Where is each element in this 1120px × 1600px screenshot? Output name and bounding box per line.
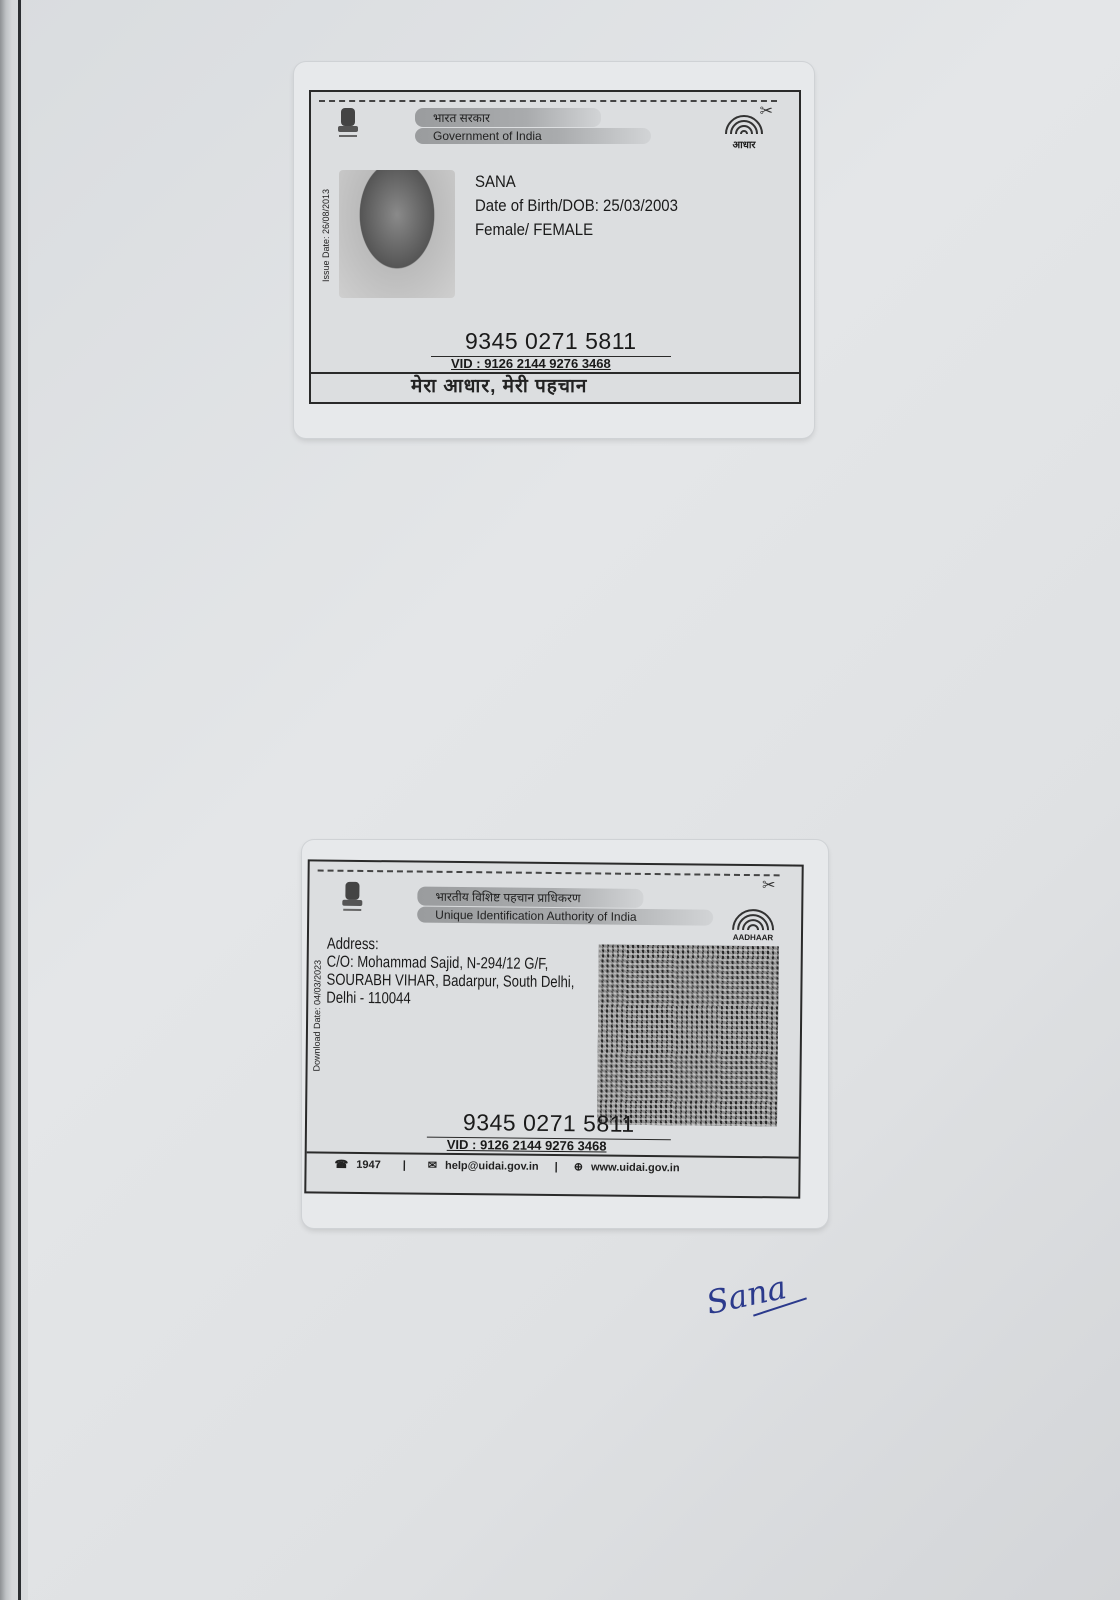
national-emblem-icon (335, 104, 361, 140)
issue-date: Issue Date: 26/08/2013 (321, 189, 331, 282)
aadhaar-number: 9345 0271 5811 (463, 1109, 635, 1138)
cut-line: ✂ (318, 870, 780, 877)
aadhaar-number: 9345 0271 5811 (465, 328, 637, 355)
helpline-number: 1947 (356, 1158, 381, 1170)
aadhaar-front-card: ✂ भारत सरकार Government of India आधार Is… (309, 90, 801, 404)
tagline: मेरा आधार, मेरी पहचान (411, 372, 587, 398)
help-email: help@uidai.gov.in (445, 1159, 539, 1172)
separator: | (403, 1159, 406, 1171)
handwritten-signature: Sana (703, 1268, 790, 1322)
separator: | (555, 1161, 558, 1173)
aadhaar-back-card: ✂ भारतीय विशिष्ट पहचान प्राधिकरण Unique … (304, 859, 803, 1198)
national-emblem-icon (339, 878, 365, 914)
qr-code (597, 944, 779, 1126)
globe-icon: ⊕ (574, 1160, 583, 1173)
holder-details: SANA Date of Birth/DOB: 25/03/2003 Femal… (475, 170, 678, 242)
header-hindi: भारतीय विशिष्ट पहचान प्राधिकरण (417, 887, 643, 908)
address-line: Delhi - 110044 (326, 990, 574, 1011)
vid-number: VID : 9126 2144 9276 3468 (451, 356, 611, 371)
holder-gender: Female/ FEMALE (475, 218, 678, 242)
vid-number: VID : 9126 2144 9276 3468 (447, 1137, 607, 1154)
holder-dob: Date of Birth/DOB: 25/03/2003 (475, 194, 678, 218)
paper-binding-edge (0, 0, 28, 1600)
cut-line: ✂ (319, 100, 777, 102)
aadhaar-logo-text: आधार (719, 137, 769, 151)
mail-icon: ✉ (428, 1159, 437, 1172)
aadhaar-logo-text: AADHAAR (723, 933, 783, 943)
download-date: Download Date: 04/03/2023 (312, 960, 323, 1072)
scissors-icon: ✂ (762, 875, 776, 895)
contact-footer: ☎ 1947 | ✉ help@uidai.gov.in | ⊕ www.uid… (335, 1158, 680, 1175)
aadhaar-logo: आधार (719, 112, 769, 151)
fingerprint-sun-icon (722, 112, 766, 134)
phone-icon: ☎ (335, 1158, 349, 1171)
address-block: Address: C/O: Mohammad Sajid, N-294/12 G… (326, 936, 575, 1011)
holder-name: SANA (475, 170, 678, 194)
aadhaar-logo: AADHAAR (723, 906, 783, 943)
fingerprint-sun-icon (728, 906, 778, 931)
holder-photo (339, 170, 455, 298)
header-english: Government of India (415, 128, 651, 144)
header-english: Unique Identification Authority of India (417, 907, 713, 926)
website: www.uidai.gov.in (591, 1161, 680, 1174)
header-hindi: भारत सरकार (415, 108, 601, 127)
